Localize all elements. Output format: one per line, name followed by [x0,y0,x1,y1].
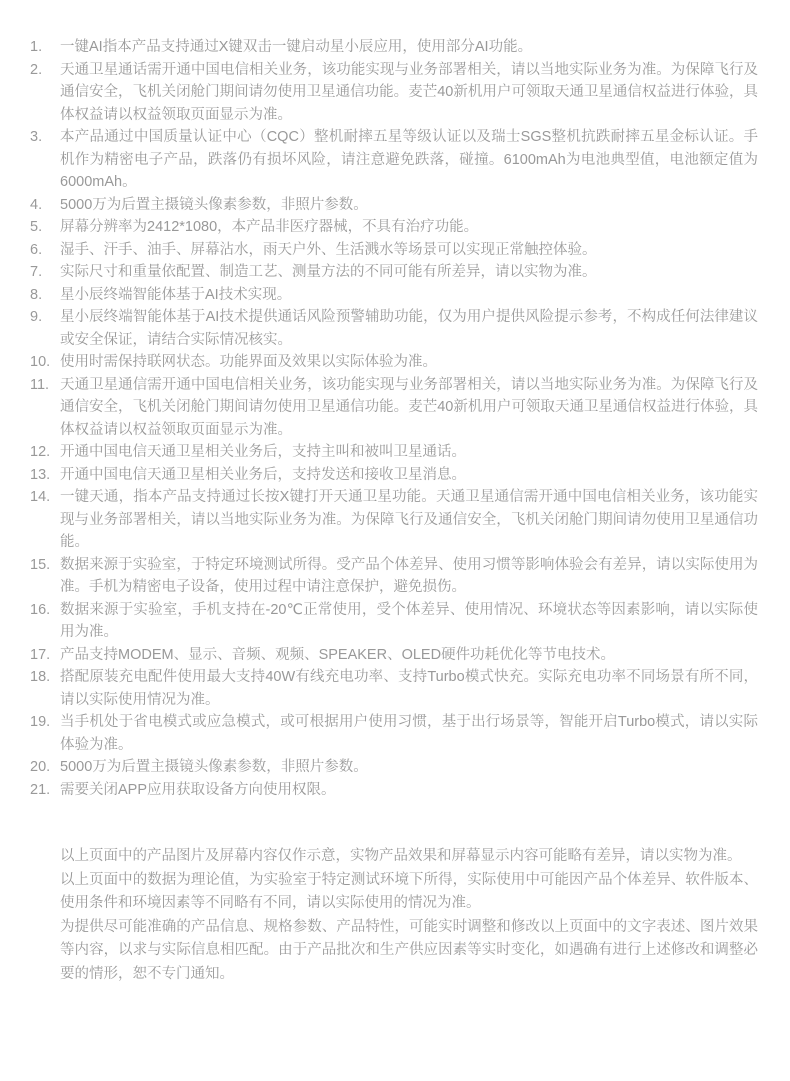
disclaimer-list: 1. 一键AI指本产品支持通过X键双击一键启动星小辰应用，使用部分AI功能。 2… [30,36,758,801]
footer-paragraph: 以上页面中的数据为理论值，为实验室于特定测试环境下所得，实际使用中可能因产品个体… [60,869,758,916]
item-number: 9. [30,306,60,329]
item-text: 星小辰终端智能体基于AI技术实现。 [60,284,758,307]
item-number: 11. [30,374,60,397]
item-number: 20. [30,756,60,779]
item-text: 实际尺寸和重量依配置、制造工艺、测量方法的不同可能有所差异，请以实物为准。 [60,261,758,284]
item-text: 搭配原装充电配件使用最大支持40W有线充电功率、支持Turbo模式快充。实际充电… [60,666,758,711]
disclaimer-item-2: 2. 天通卫星通话需开通中国电信相关业务，该功能实现与业务部署相关，请以当地实际… [30,59,758,127]
item-number: 5. [30,216,60,239]
item-text: 需要关闭APP应用获取设备方向使用权限。 [60,779,758,802]
disclaimer-item-7: 7. 实际尺寸和重量依配置、制造工艺、测量方法的不同可能有所差异，请以实物为准。 [30,261,758,284]
item-text: 5000万为后置主摄镜头像素参数，非照片参数。 [60,194,758,217]
item-number: 4. [30,194,60,217]
disclaimer-item-6: 6. 湿手、汗手、油手、屏幕沾水，雨天户外、生活溅水等场景可以实现正常触控体验。 [30,239,758,262]
item-text: 一键天通，指本产品支持通过长按X键打开天通卫星功能。天通卫星通信需开通中国电信相… [60,486,758,554]
item-text: 天通卫星通信需开通中国电信相关业务，该功能实现与业务部署相关，请以当地实际业务为… [60,374,758,442]
item-number: 3. [30,126,60,149]
disclaimer-item-1: 1. 一键AI指本产品支持通过X键双击一键启动星小辰应用，使用部分AI功能。 [30,36,758,59]
item-text: 数据来源于实验室，手机支持在-20℃正常使用，受个体差异、使用情况、环境状态等因… [60,599,758,644]
disclaimer-item-4: 4. 5000万为后置主摄镜头像素参数，非照片参数。 [30,194,758,217]
disclaimer-item-15: 15. 数据来源于实验室，于特定环境测试所得。受产品个体差异、使用习惯等影响体验… [30,554,758,599]
item-text: 当手机处于省电模式或应急模式，或可根据用户使用习惯，基于出行场景等，智能开启Tu… [60,711,758,756]
item-text: 5000万为后置主摄镜头像素参数，非照片参数。 [60,756,758,779]
disclaimer-page: 1. 一键AI指本产品支持通过X键双击一键启动星小辰应用，使用部分AI功能。 2… [0,0,790,1081]
item-number: 17. [30,644,60,667]
item-text: 开通中国电信天通卫星相关业务后，支持发送和接收卫星消息。 [60,464,758,487]
disclaimer-item-16: 16. 数据来源于实验室，手机支持在-20℃正常使用，受个体差异、使用情况、环境… [30,599,758,644]
item-number: 18. [30,666,60,689]
disclaimer-item-13: 13. 开通中国电信天通卫星相关业务后，支持发送和接收卫星消息。 [30,464,758,487]
item-number: 21. [30,779,60,802]
footer-notes: 以上页面中的产品图片及屏幕内容仅作示意，实物产品效果和屏幕显示内容可能略有差异，… [30,845,758,986]
item-text: 本产品通过中国质量认证中心（CQC）整机耐摔五星等级认证以及瑞士SGS整机抗跌耐… [60,126,758,194]
item-number: 2. [30,59,60,82]
disclaimer-item-3: 3. 本产品通过中国质量认证中心（CQC）整机耐摔五星等级认证以及瑞士SGS整机… [30,126,758,194]
item-text: 湿手、汗手、油手、屏幕沾水，雨天户外、生活溅水等场景可以实现正常触控体验。 [60,239,758,262]
item-text: 使用时需保持联网状态。功能界面及效果以实际体验为准。 [60,351,758,374]
disclaimer-item-18: 18. 搭配原装充电配件使用最大支持40W有线充电功率、支持Turbo模式快充。… [30,666,758,711]
item-number: 1. [30,36,60,59]
item-number: 6. [30,239,60,262]
item-number: 14. [30,486,60,509]
disclaimer-item-9: 9. 星小辰终端智能体基于AI技术提供通话风险预警辅助功能，仅为用户提供风险提示… [30,306,758,351]
item-text: 产品支持MODEM、显示、音频、观频、SPEAKER、OLED硬件功耗优化等节电… [60,644,758,667]
item-text: 开通中国电信天通卫星相关业务后，支持主叫和被叫卫星通话。 [60,441,758,464]
item-text: 星小辰终端智能体基于AI技术提供通话风险预警辅助功能，仅为用户提供风险提示参考，… [60,306,758,351]
disclaimer-item-19: 19. 当手机处于省电模式或应急模式，或可根据用户使用习惯，基于出行场景等，智能… [30,711,758,756]
disclaimer-item-10: 10. 使用时需保持联网状态。功能界面及效果以实际体验为准。 [30,351,758,374]
footer-paragraph: 以上页面中的产品图片及屏幕内容仅作示意，实物产品效果和屏幕显示内容可能略有差异，… [60,845,758,869]
footer-paragraph: 为提供尽可能准确的产品信息、规格参数、产品特性，可能实时调整和修改以上页面中的文… [60,916,758,987]
item-number: 13. [30,464,60,487]
item-number: 19. [30,711,60,734]
disclaimer-item-12: 12. 开通中国电信天通卫星相关业务后，支持主叫和被叫卫星通话。 [30,441,758,464]
item-text: 一键AI指本产品支持通过X键双击一键启动星小辰应用，使用部分AI功能。 [60,36,758,59]
item-number: 10. [30,351,60,374]
item-text: 天通卫星通话需开通中国电信相关业务，该功能实现与业务部署相关，请以当地实际业务为… [60,59,758,127]
item-number: 16. [30,599,60,622]
disclaimer-item-14: 14. 一键天通，指本产品支持通过长按X键打开天通卫星功能。天通卫星通信需开通中… [30,486,758,554]
item-number: 15. [30,554,60,577]
item-number: 7. [30,261,60,284]
disclaimer-item-11: 11. 天通卫星通信需开通中国电信相关业务，该功能实现与业务部署相关，请以当地实… [30,374,758,442]
disclaimer-item-20: 20. 5000万为后置主摄镜头像素参数，非照片参数。 [30,756,758,779]
item-number: 8. [30,284,60,307]
item-number: 12. [30,441,60,464]
disclaimer-item-8: 8. 星小辰终端智能体基于AI技术实现。 [30,284,758,307]
disclaimer-item-5: 5. 屏幕分辨率为2412*1080，本产品非医疗器械，不具有治疗功能。 [30,216,758,239]
item-text: 数据来源于实验室，于特定环境测试所得。受产品个体差异、使用习惯等影响体验会有差异… [60,554,758,599]
item-text: 屏幕分辨率为2412*1080，本产品非医疗器械，不具有治疗功能。 [60,216,758,239]
disclaimer-item-17: 17. 产品支持MODEM、显示、音频、观频、SPEAKER、OLED硬件功耗优… [30,644,758,667]
disclaimer-item-21: 21. 需要关闭APP应用获取设备方向使用权限。 [30,779,758,802]
